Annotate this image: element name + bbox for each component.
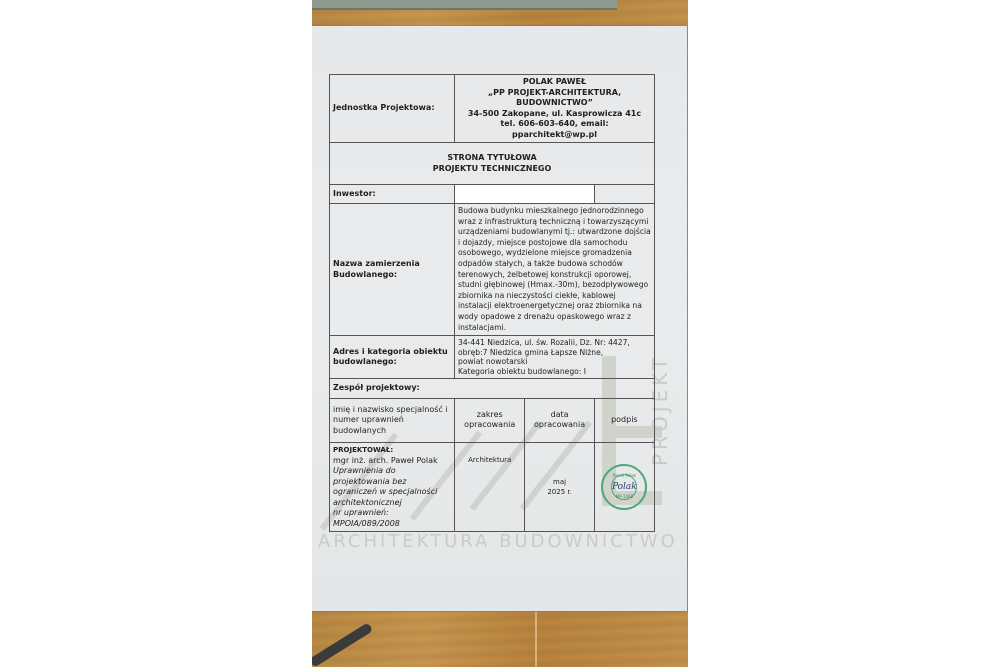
address-label: Adres i kategoria obiektu budowlanego: <box>330 336 455 379</box>
column-name-qualification: imię i nazwisko specjalność i numer upra… <box>330 398 455 443</box>
designer-unit-label: Jednostka Projektowa: <box>330 75 455 143</box>
address-line-3: powiat nowotarski <box>458 357 651 367</box>
investor-empty-cell <box>594 185 654 204</box>
investor-row: Inwestor: <box>330 185 655 204</box>
date-value: maj 2025 r. <box>525 443 594 532</box>
company-name-1: „PP PROJEKT-ARCHITEKTURA, <box>458 88 651 99</box>
team-header-row: Zespół projektowy: <box>330 379 655 399</box>
investor-label: Inwestor: <box>330 185 455 204</box>
company-name-2: BUDOWNICTWO” <box>458 98 651 109</box>
column-date: data opracowania <box>525 398 594 443</box>
team-label: Zespół projektowy: <box>330 379 655 399</box>
title-page-table: Jednostka Projektowa: POLAK PAWEŁ „PP PR… <box>329 74 655 532</box>
team-columns-row: imię i nazwisko specjalność i numer upra… <box>330 398 655 443</box>
building-category: Kategoria obiektu budowlanego: I <box>458 367 651 377</box>
signature-cell: Paweł Polak Polak MP-1488 <box>594 443 654 532</box>
stamp-number: MP-1488 <box>616 492 633 503</box>
signature: Polak <box>612 482 637 493</box>
project-name-value: Budowa budynku mieszkalnego jednorodzinn… <box>455 204 655 336</box>
title-line-1: STRONA TYTUŁOWA <box>330 153 654 164</box>
designer-unit-value: POLAK PAWEŁ „PP PROJEKT-ARCHITEKTURA, BU… <box>455 75 655 143</box>
title-line-2: PROJEKTU TECHNICZNEGO <box>330 164 654 175</box>
project-name-label: Nazwa zamierzenia Budowlanego: <box>330 204 455 336</box>
cable <box>312 622 373 667</box>
team-row: PROJEKTOWAŁ: mgr inż. arch. Paweł Polak … <box>330 443 655 532</box>
watermark-architektura: ARCHITEKTURA BUDOWNICTWO <box>318 531 678 552</box>
investor-value-redacted <box>455 185 595 204</box>
company-contact: tel. 606-603-640, email: pparchitekt@wp.… <box>458 119 651 140</box>
designer-credentials: PROJEKTOWAŁ: mgr inż. arch. Paweł Polak … <box>330 443 455 532</box>
document-title: STRONA TYTUŁOWA PROJEKTU TECHNICZNEGO <box>330 143 655 185</box>
date-month: maj <box>528 477 590 488</box>
stamp-inner: Paweł Polak Polak MP-1488 <box>611 474 637 500</box>
address-line-2: obręb:7 Niedzica gmina Łapsze Niżne, <box>458 348 651 358</box>
green-board-edge <box>312 0 617 10</box>
floor-seam <box>535 612 537 667</box>
designer-name: mgr inż. arch. Paweł Polak <box>333 456 451 467</box>
company-address: 34-500 Zakopane, ul. Kasprowicza 41c <box>458 109 651 120</box>
qualification: Uprawnienia do projektowania bez ogranic… <box>333 466 451 508</box>
license-number: nr uprawnień: MPOIA/089/2008 <box>333 508 451 529</box>
scope-value: Architektura <box>455 443 525 532</box>
column-signature: podpis <box>594 398 654 443</box>
architect-stamp-icon: Paweł Polak Polak MP-1488 <box>601 464 647 510</box>
stamp-name: Paweł Polak <box>613 471 636 482</box>
designer-name: POLAK PAWEŁ <box>458 77 651 88</box>
document-page: ARCHITEKTURA BUDOWNICTWO PROJEKT Jednost… <box>312 26 687 611</box>
photo-background: ARCHITEKTURA BUDOWNICTWO PROJEKT Jednost… <box>312 0 688 667</box>
address-row: Adres i kategoria obiektu budowlanego: 3… <box>330 336 655 379</box>
title-row: STRONA TYTUŁOWA PROJEKTU TECHNICZNEGO <box>330 143 655 185</box>
address-line-1: 34-441 Niedzica, ul. św. Rozalii, Dz. Nr… <box>458 338 651 348</box>
role: PROJEKTOWAŁ: <box>333 445 451 456</box>
address-value: 34-441 Niedzica, ul. św. Rozalii, Dz. Nr… <box>455 336 655 379</box>
date-year: 2025 r. <box>528 487 590 498</box>
designer-unit-row: Jednostka Projektowa: POLAK PAWEŁ „PP PR… <box>330 75 655 143</box>
column-scope: zakres opracowania <box>455 398 525 443</box>
project-name-row: Nazwa zamierzenia Budowlanego: Budowa bu… <box>330 204 655 336</box>
